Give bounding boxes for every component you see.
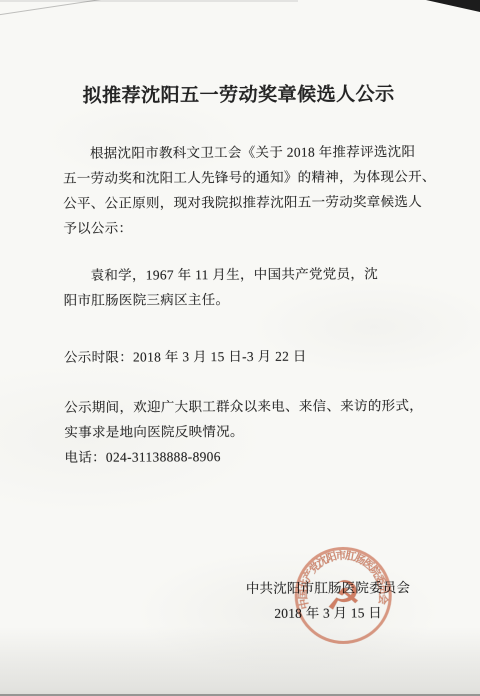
feedback-paragraph: 公示期间，欢迎广大职工群众以来电、来信、来访的形式，实事求是地向医院反映情况。电… [64,393,420,470]
intro-paragraph: 根据沈阳市教科文卫工会《关于 2018 年推荐评选沈阳五一劳动奖和沈阳工人先锋号… [63,139,420,241]
document-title: 拟推荐沈阳五一劳动奖章候选人公示 [0,82,479,111]
document-page: 拟推荐沈阳五一劳动奖章候选人公示 根据沈阳市教科文卫工会《关于 2018 年推荐… [0,0,480,696]
document-content: 拟推荐沈阳五一劳动奖章候选人公示 根据沈阳市教科文卫工会《关于 2018 年推荐… [0,0,480,696]
candidate-paragraph: 袁和学，1967 年 11 月生，中国共产党党员，沈阳市肛肠医院三病区主任。 [63,261,419,313]
publicity-period-line: 公示时限：2018 年 3 月 15 日-3 月 22 日 [64,343,420,370]
hammer-sickle-icon: ☭ [325,573,361,619]
official-seal: 中国共产党沈阳市肛肠医院委员会 ☭ [291,543,396,648]
